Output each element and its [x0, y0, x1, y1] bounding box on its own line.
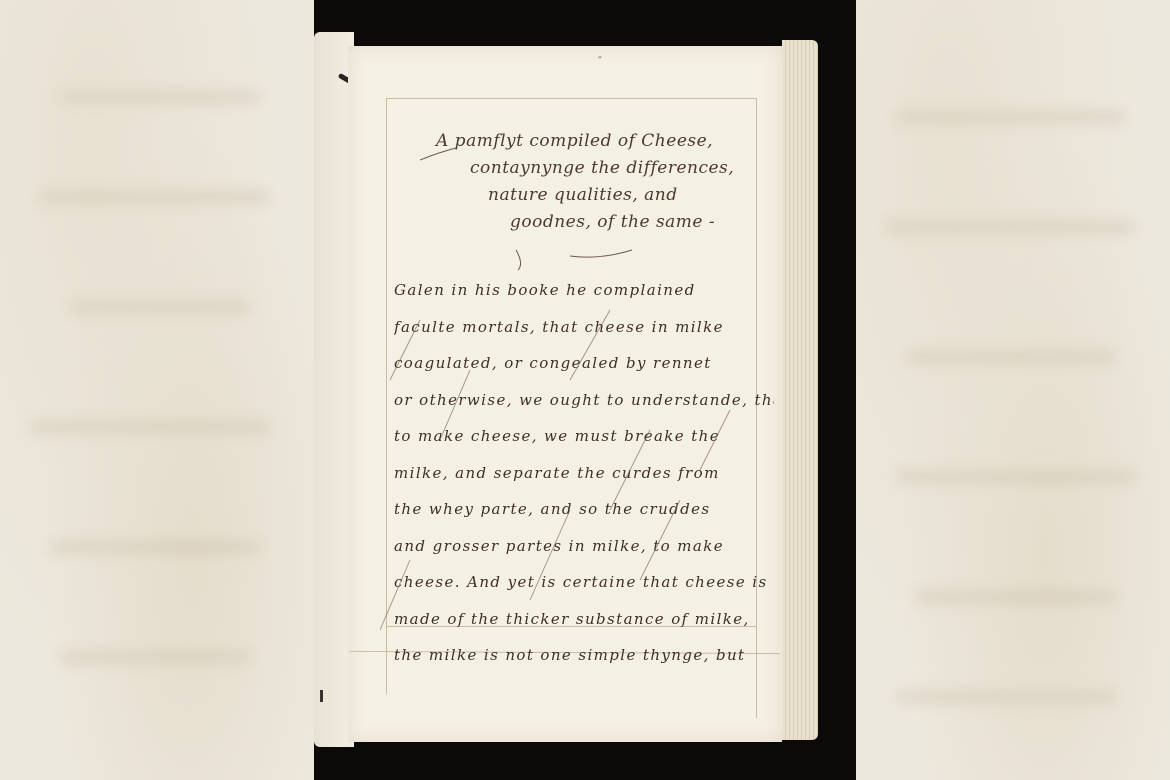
title-line: nature qualities, and — [430, 182, 760, 209]
body-line: milke, and separate the curdes from — [394, 455, 774, 492]
body-line: the milke is not one simple thynge, but — [394, 637, 774, 674]
blurred-background-left — [0, 0, 314, 780]
page-mark: ″ — [598, 56, 602, 67]
title-line: contaynynge the differences, — [430, 155, 760, 182]
title-line: A pamflyt compiled of Cheese, — [430, 128, 760, 155]
body-line: coagulated, or congealed by rennet — [394, 345, 774, 382]
document-title: A pamflyt compiled of Cheese, contaynyng… — [430, 128, 760, 236]
body-line: made of the thicker substance of milke, — [394, 601, 774, 638]
body-line: cheese. And yet is certaine that cheese … — [394, 564, 774, 601]
cover-blemish — [320, 690, 323, 702]
document-body: Galen in his booke he complained faculte… — [394, 272, 774, 674]
body-line: or otherwise, we ought to understande, t… — [394, 382, 774, 419]
margin-rule-top — [386, 98, 756, 99]
body-line: the whey parte, and so the cruddes — [394, 491, 774, 528]
body-line: to make cheese, we must breake the — [394, 418, 774, 455]
page-edges — [782, 40, 818, 740]
body-line: Galen in his booke he complained — [394, 272, 774, 309]
blurred-background-right — [856, 0, 1170, 780]
margin-rule-left — [386, 98, 387, 694]
body-line: faculte mortals, that cheese in milke — [394, 309, 774, 346]
body-line: and grosser partes in milke, to make — [394, 528, 774, 565]
title-line: goodnes, of the same - — [430, 209, 760, 236]
